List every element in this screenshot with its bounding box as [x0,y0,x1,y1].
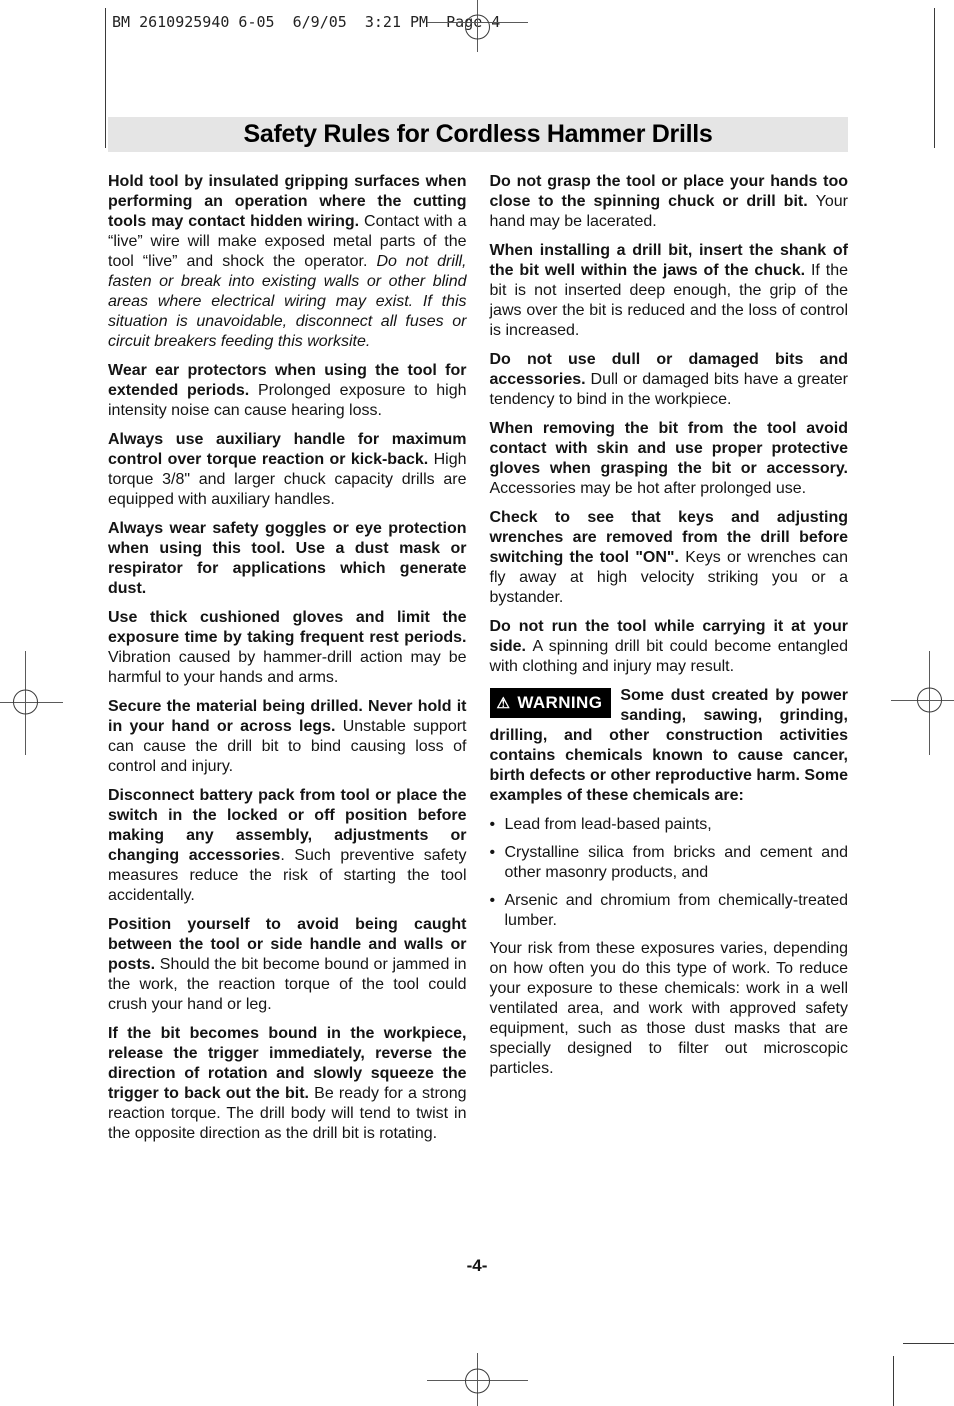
crop-mark-bottom-right-vertical [893,1356,894,1406]
rule-body: Vibration caused by hammer-drill action … [108,649,467,686]
registration-mark-left-icon [0,645,63,760]
manual-page: BM 2610925940 6-05 6/9/05 3:21 PM Page 4… [0,0,954,1406]
rule-lead-in: When removing the bit from the tool avoi… [490,420,849,477]
list-item-text: Crystalline silica from bricks and cemen… [505,844,849,881]
rule-body: A spinning drill bit could become entang… [490,638,849,675]
list-item-text: Lead from lead-based paints, [505,816,712,833]
page-number: -4- [0,1256,954,1276]
bullet-icon: • [490,891,505,911]
rule-lead-in: When installing a drill bit, insert the … [490,242,849,279]
section-title-bar: Safety Rules for Cordless Hammer Drills [108,117,848,152]
bullet-icon: • [490,815,505,835]
safety-rule-paragraph: When removing the bit from the tool avoi… [490,419,849,499]
safety-rule-paragraph: Position yourself to avoid being caught … [108,915,467,1015]
safety-rule-paragraph: Do not run the tool while carrying it at… [490,617,849,677]
registration-mark-right-icon [891,645,954,760]
rule-lead-in: Use thick cushioned gloves and limit the… [108,609,467,646]
safety-rule-paragraph: Secure the material being drilled. Never… [108,697,467,777]
crop-mark-top-left [105,8,106,148]
registration-mark-top-icon [427,0,528,56]
registration-mark-bottom-icon [427,1353,528,1406]
safety-rule-paragraph: Disconnect battery pack from tool or pla… [108,786,467,906]
warning-triangle-icon: ⚠ [497,695,511,712]
safety-rule-paragraph: Do not use dull or damaged bits and acce… [490,350,849,410]
chemical-list-item: •Lead from lead-based paints, [490,815,849,835]
rule-lead-in: Do not grasp the tool or place your hand… [490,173,849,210]
rule-body: Accessories may be hot after prolonged u… [490,480,807,497]
warning-label: WARNING [517,693,602,712]
safety-rule-paragraph: Check to see that keys and adjusting wre… [490,508,849,608]
chemical-list-item: •Crystalline silica from bricks and ceme… [490,843,849,883]
right-column: Do not grasp the tool or place your hand… [490,172,849,1153]
safety-rule-paragraph: Always use auxiliary handle for maximum … [108,430,467,510]
safety-rule-paragraph: Hold tool by insulated gripping surfaces… [108,172,467,352]
chemical-list-item: •Arsenic and chromium from chemically-tr… [490,891,849,931]
rule-lead-in: Always use auxiliary handle for maximum … [108,431,467,468]
page-title: Safety Rules for Cordless Hammer Drills [243,120,712,149]
safety-rule-paragraph: Use thick cushioned gloves and limit the… [108,608,467,688]
two-column-content: Hold tool by insulated gripping surfaces… [108,172,848,1153]
safety-rule-paragraph: If the bit becomes bound in the workpiec… [108,1024,467,1144]
safety-rule-paragraph: Wear ear protectors when using the tool … [108,361,467,421]
rule-body: Should the bit become bound or jammed in… [108,956,467,1013]
rule-lead-in: Always wear safety goggles or eye protec… [108,520,467,597]
safety-rule-paragraph: Always wear safety goggles or eye protec… [108,519,467,599]
bullet-icon: • [490,843,505,863]
safety-rule-paragraph: When installing a drill bit, insert the … [490,241,849,341]
risk-closing-paragraph: Your risk from these exposures varies, d… [490,939,849,1079]
crop-mark-top-right [934,8,935,148]
safety-rule-paragraph: Do not grasp the tool or place your hand… [490,172,849,232]
warning-badge: ⚠WARNING [490,688,612,718]
list-item-text: Arsenic and chromium from chemically-tre… [505,892,849,929]
rule-body: Your risk from these exposures varies, d… [490,940,849,1077]
crop-mark-bottom-right-horizontal [903,1343,954,1344]
left-column: Hold tool by insulated gripping surfaces… [108,172,467,1153]
warning-paragraph: ⚠WARNINGSome dust created by power sandi… [490,686,849,806]
